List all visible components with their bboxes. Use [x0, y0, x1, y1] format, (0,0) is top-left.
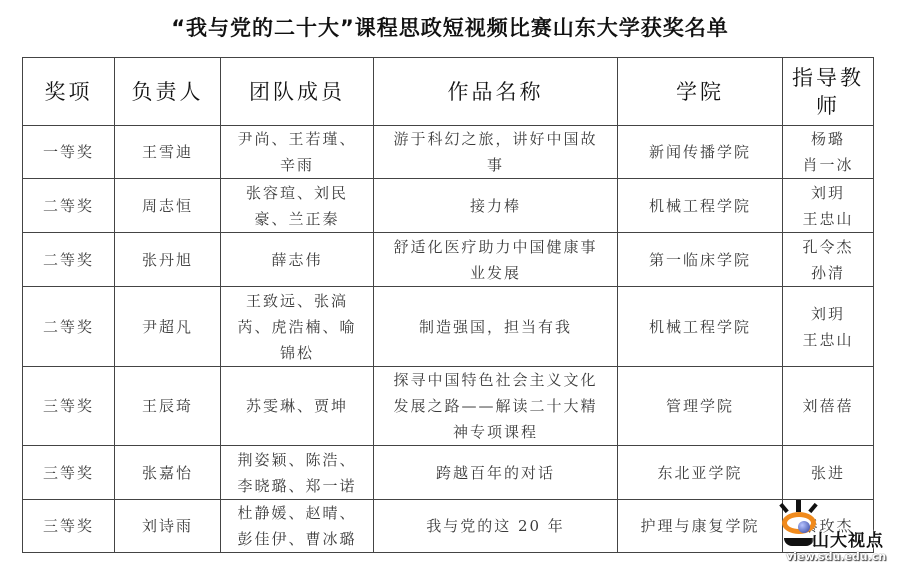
cell-members: 杜静媛、赵晴、 彭佳伊、曹冰璐: [221, 500, 374, 553]
cell-work: 探寻中国特色社会主义文化 发展之路——解读二十大精 神专项课程: [374, 367, 618, 446]
cell-members: 苏雯琳、贾坤: [221, 367, 374, 446]
cell-award: 三等奖: [23, 367, 115, 446]
eye-logo-icon: [782, 512, 816, 534]
cell-work: 跨越百年的对话: [374, 446, 618, 500]
column-header-members: 团队成员: [221, 58, 374, 126]
column-header-work: 作品名称: [374, 58, 618, 126]
cell-members: 薛志伟: [221, 233, 374, 287]
cell-award: 一等奖: [23, 126, 115, 179]
column-header-leader: 负责人: [115, 58, 221, 126]
table-row: 二等奖 尹超凡 王致远、张滈 芮、虎浩楠、喻 锦松 制造强国，担当有我 机械工程…: [23, 287, 874, 367]
document-title: “我与党的二十大”课程思政短视频比赛山东大学获奖名单: [0, 12, 900, 42]
watermark-logo: 山大视点 view.sdu.edu.cn: [776, 500, 900, 566]
cell-award: 二等奖: [23, 179, 115, 233]
cell-college: 管理学院: [618, 367, 783, 446]
logo-smile-icon: [784, 538, 814, 546]
cell-college: 机械工程学院: [618, 287, 783, 367]
awards-table: 奖项 负责人 团队成员 作品名称 学院 指导教 师 一等奖 王雪迪 尹尚、王若瑾…: [22, 57, 874, 553]
cell-college: 第一临床学院: [618, 233, 783, 287]
cell-work: 制造强国，担当有我: [374, 287, 618, 367]
header-row: 奖项 负责人 团队成员 作品名称 学院 指导教 师: [23, 58, 874, 126]
cell-award: 二等奖: [23, 287, 115, 367]
cell-advisors: 刘玥 王忠山: [783, 287, 874, 367]
column-header-award: 奖项: [23, 58, 115, 126]
watermark-url: view.sdu.edu.cn: [786, 550, 886, 563]
column-header-college: 学院: [618, 58, 783, 126]
cell-members: 尹尚、王若瑾、 辛雨: [221, 126, 374, 179]
table-row: 三等奖 王辰琦 苏雯琳、贾坤 探寻中国特色社会主义文化 发展之路——解读二十大精…: [23, 367, 874, 446]
cell-advisors: 张进: [783, 446, 874, 500]
cell-college: 护理与康复学院: [618, 500, 783, 553]
watermark-brand: 山大视点: [812, 526, 884, 551]
cell-leader: 刘诗雨: [115, 500, 221, 553]
table-row: 三等奖 刘诗雨 杜静媛、赵晴、 彭佳伊、曹冰璐 我与党的这 20 年 护理与康复…: [23, 500, 874, 553]
cell-advisors: 孔令杰 孙清: [783, 233, 874, 287]
table-row: 二等奖 周志恒 张容瑄、刘民 豪、兰正秦 接力棒 机械工程学院 刘玥 王忠山: [23, 179, 874, 233]
cell-advisors: 杨璐 肖一冰: [783, 126, 874, 179]
logo-ray-icon: [808, 503, 817, 513]
cell-award: 三等奖: [23, 500, 115, 553]
cell-award: 三等奖: [23, 446, 115, 500]
cell-college: 东北亚学院: [618, 446, 783, 500]
eye-pupil-icon: [798, 521, 810, 533]
cell-advisors: 刘蓓蓓: [783, 367, 874, 446]
cell-work: 我与党的这 20 年: [374, 500, 618, 553]
cell-college: 新闻传播学院: [618, 126, 783, 179]
cell-members: 王致远、张滈 芮、虎浩楠、喻 锦松: [221, 287, 374, 367]
logo-ray-icon: [796, 500, 801, 512]
cell-leader: 尹超凡: [115, 287, 221, 367]
cell-leader: 张嘉怡: [115, 446, 221, 500]
table-row: 二等奖 张丹旭 薛志伟 舒适化医疗助力中国健康事 业发展 第一临床学院 孔令杰 …: [23, 233, 874, 287]
cell-work: 舒适化医疗助力中国健康事 业发展: [374, 233, 618, 287]
column-header-advisors: 指导教 师: [783, 58, 874, 126]
cell-members: 张容瑄、刘民 豪、兰正秦: [221, 179, 374, 233]
cell-advisors: 刘玥 王忠山: [783, 179, 874, 233]
table-row: 一等奖 王雪迪 尹尚、王若瑾、 辛雨 游于科幻之旅，讲好中国故 事 新闻传播学院…: [23, 126, 874, 179]
cell-leader: 王雪迪: [115, 126, 221, 179]
table-row: 三等奖 张嘉怡 荆姿颖、陈浩、 李晓璐、郑一诺 跨越百年的对话 东北亚学院 张进: [23, 446, 874, 500]
cell-leader: 周志恒: [115, 179, 221, 233]
cell-work: 接力棒: [374, 179, 618, 233]
cell-leader: 王辰琦: [115, 367, 221, 446]
cell-leader: 张丹旭: [115, 233, 221, 287]
cell-college: 机械工程学院: [618, 179, 783, 233]
cell-award: 二等奖: [23, 233, 115, 287]
cell-members: 荆姿颖、陈浩、 李晓璐、郑一诺: [221, 446, 374, 500]
cell-work: 游于科幻之旅，讲好中国故 事: [374, 126, 618, 179]
logo-ray-icon: [779, 503, 788, 513]
